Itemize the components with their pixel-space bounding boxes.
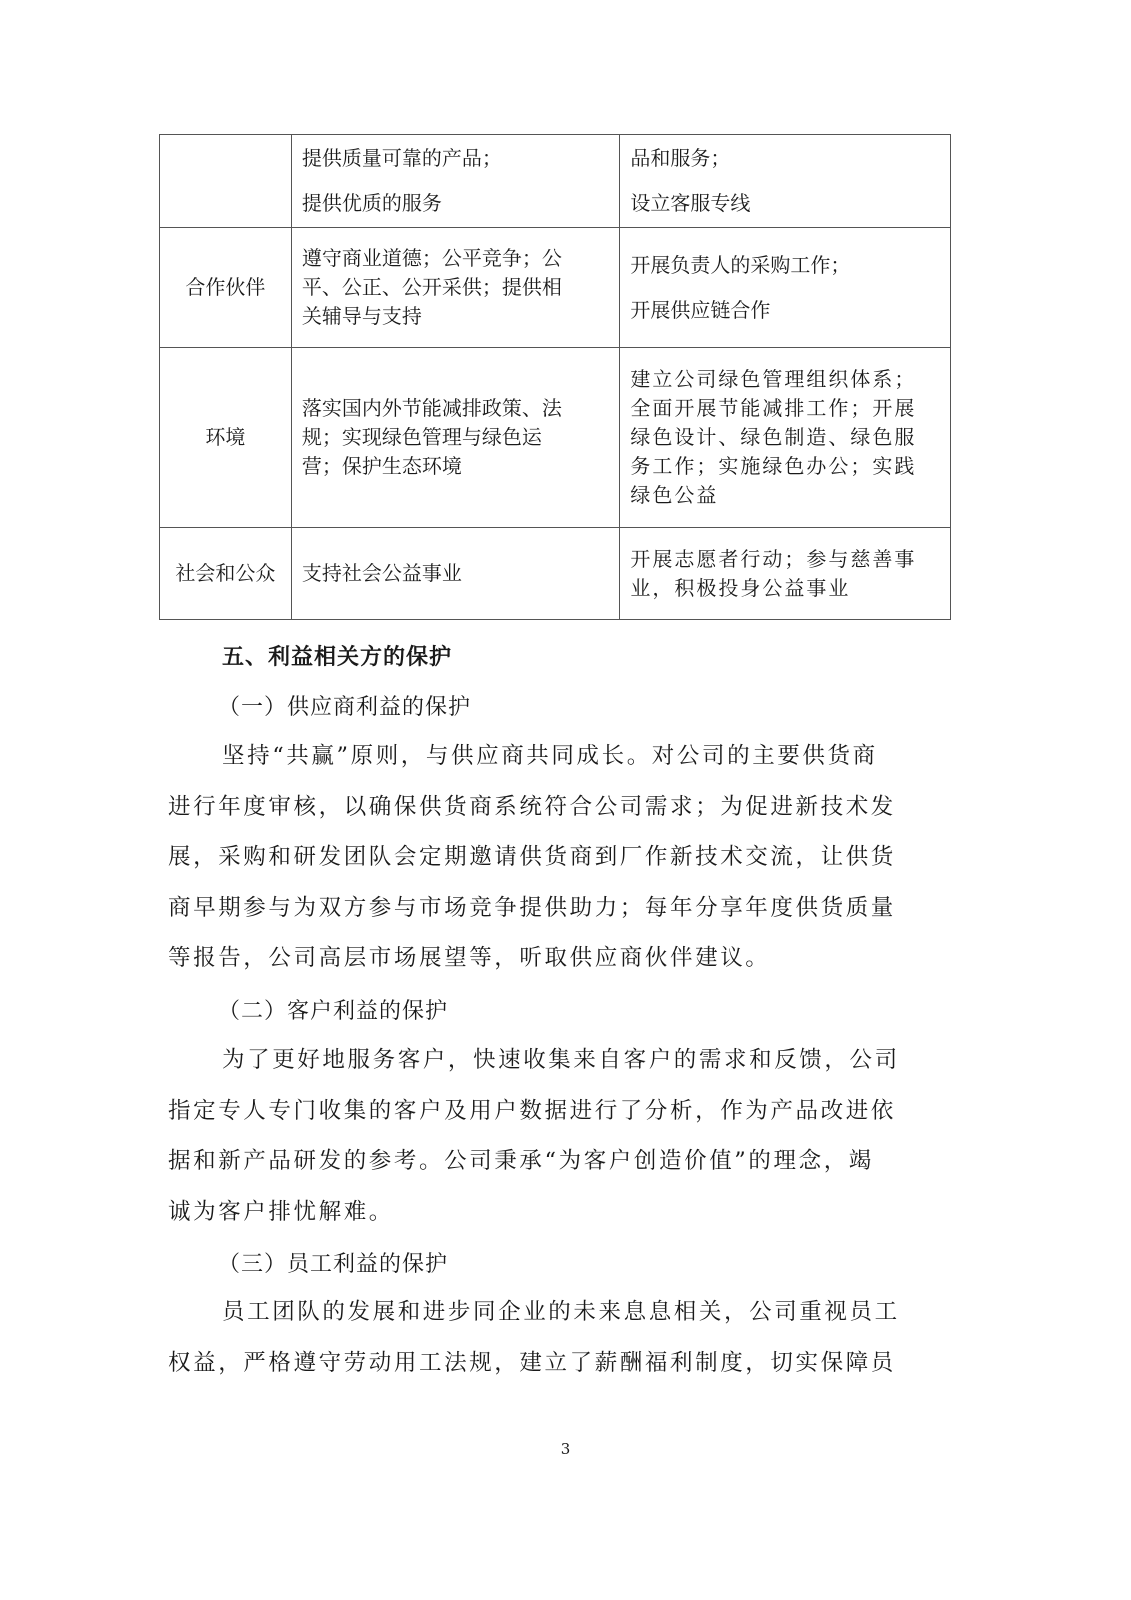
document-page: 提供质量可靠的产品； 提供优质的服务 品和服务； 设立客服专线 合作伙伴 遵守商… [0, 0, 1131, 1600]
expectation-cell: 落实国内外节能减排政策、法 规；实现绿色管理与绿色运 营；保护生态环境 [291, 348, 620, 528]
table-row: 提供质量可靠的产品； 提供优质的服务 品和服务； 设立客服专线 [160, 135, 951, 228]
page-number: 3 [0, 1440, 1131, 1458]
action-cell: 开展负责人的采购工作； 开展供应链合作 [620, 228, 951, 348]
stakeholder-group-cell: 合作伙伴 [160, 228, 292, 348]
table-row: 社会和公众 支持社会公益事业 开展志愿者行动；参与慈善事 业，积极投身公益事业 [160, 528, 951, 620]
subsection-heading-supplier: （一）供应商利益的保护 [218, 690, 471, 721]
table-row: 环境 落实国内外节能减排政策、法 规；实现绿色管理与绿色运 营；保护生态环境 建… [160, 348, 951, 528]
paragraph-supplier: 坚持“共赢”原则，与供应商共同成长。对公司的主要供货商 进行年度审核，以确保供货… [168, 731, 948, 984]
stakeholder-group-cell [160, 135, 292, 228]
expectation-cell: 提供质量可靠的产品； 提供优质的服务 [291, 135, 620, 228]
subsection-heading-customer: （二）客户利益的保护 [218, 994, 448, 1025]
paragraph-customer: 为了更好地服务客户，快速收集来自客户的需求和反馈，公司 指定专人专门收集的客户及… [168, 1035, 948, 1237]
stakeholder-group-cell: 环境 [160, 348, 292, 528]
paragraph-employee: 员工团队的发展和进步同企业的未来息息相关，公司重视员工 权益，严格遵守劳动用工法… [168, 1287, 948, 1388]
stakeholder-table: 提供质量可靠的产品； 提供优质的服务 品和服务； 设立客服专线 合作伙伴 遵守商… [159, 134, 951, 620]
expectation-cell: 支持社会公益事业 [291, 528, 620, 620]
stakeholder-group-cell: 社会和公众 [160, 528, 292, 620]
expectation-cell: 遵守商业道德；公平竞争；公 平、公正、公开采供；提供相 关辅导与支持 [291, 228, 620, 348]
action-cell: 品和服务； 设立客服专线 [620, 135, 951, 228]
action-cell: 建立公司绿色管理组织体系； 全面开展节能减排工作；开展 绿色设计、绿色制造、绿色… [620, 348, 951, 528]
section-heading: 五、利益相关方的保护 [222, 640, 452, 671]
action-cell: 开展志愿者行动；参与慈善事 业，积极投身公益事业 [620, 528, 951, 620]
table-row: 合作伙伴 遵守商业道德；公平竞争；公 平、公正、公开采供；提供相 关辅导与支持 … [160, 228, 951, 348]
subsection-heading-employee: （三）员工利益的保护 [218, 1247, 448, 1278]
